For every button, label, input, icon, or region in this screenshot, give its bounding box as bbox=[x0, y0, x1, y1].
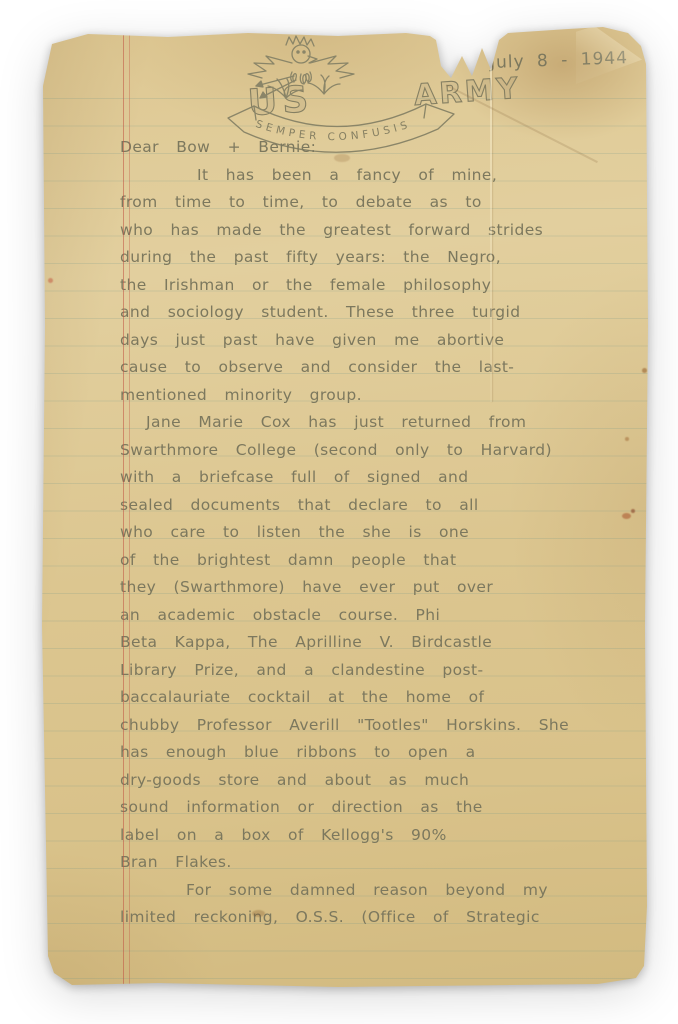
letter-line: sealed documents that declare to all bbox=[118, 492, 638, 520]
letter-line: limited reckoning, O.S.S. (Office of Str… bbox=[118, 904, 638, 932]
letter-line: has enough blue ribbons to open a bbox=[118, 739, 638, 767]
letter-line: they (Swarthmore) have ever put over bbox=[118, 574, 638, 602]
letter-line: an academic obstacle course. Phi bbox=[118, 602, 638, 630]
letter-line: of the brightest damn people that bbox=[118, 547, 638, 575]
corner-fold bbox=[576, 26, 642, 84]
letter-line: Swarthmore College (second only to Harva… bbox=[118, 437, 638, 465]
letter-line: Beta Kappa, The Aprilline V. Birdcastle bbox=[118, 629, 638, 657]
letter-line: and sociology student. These three turgi… bbox=[118, 299, 638, 327]
foxing-spot bbox=[642, 368, 647, 373]
letter-line: from time to time, to debate as to bbox=[118, 189, 638, 217]
stain bbox=[252, 910, 265, 917]
letter-line: chubby Professor Averill "Tootles" Horsk… bbox=[118, 712, 638, 740]
letter-line: Dear Bow + Bernie: bbox=[118, 134, 638, 162]
letter-line: who has made the greatest forward stride… bbox=[118, 217, 638, 245]
letter-line: mentioned minority group. bbox=[118, 382, 638, 410]
letter-line: during the past fifty years: the Negro, bbox=[118, 244, 638, 272]
stain bbox=[334, 154, 350, 162]
letter-line: Library Prize, and a clandestine post- bbox=[118, 657, 638, 685]
letter-photo: US ARMY bbox=[38, 26, 648, 988]
letter-line: dry-goods store and about as much bbox=[118, 767, 638, 795]
letter-line: It has been a fancy of mine, bbox=[118, 162, 638, 190]
letter-line: days just past have given me abortive bbox=[118, 327, 638, 355]
letter-line: Jane Marie Cox has just returned from bbox=[118, 409, 638, 437]
letter-line: the Irishman or the female philosophy bbox=[118, 272, 638, 300]
letter-body: Dear Bow + Bernie:It has been a fancy of… bbox=[118, 134, 638, 932]
letter-paper: US ARMY bbox=[38, 26, 648, 988]
letter-line: sound information or direction as the bbox=[118, 794, 638, 822]
letter-line: label on a box of Kellogg's 90% bbox=[118, 822, 638, 850]
letter-line: baccalauriate cocktail at the home of bbox=[118, 684, 638, 712]
foxing-spot bbox=[622, 513, 631, 519]
foxing-spot bbox=[631, 509, 635, 513]
vertical-crease bbox=[490, 62, 492, 402]
letter-line: with a briefcase full of signed and bbox=[118, 464, 638, 492]
letter-line: who care to listen the she is one bbox=[118, 519, 638, 547]
letter-line: Bran Flakes. bbox=[118, 849, 638, 877]
foxing-spot bbox=[48, 278, 53, 283]
letter-line: cause to observe and consider the last- bbox=[118, 354, 638, 382]
foxing-spot bbox=[625, 437, 629, 441]
letter-line: For some damned reason beyond my bbox=[118, 877, 638, 905]
